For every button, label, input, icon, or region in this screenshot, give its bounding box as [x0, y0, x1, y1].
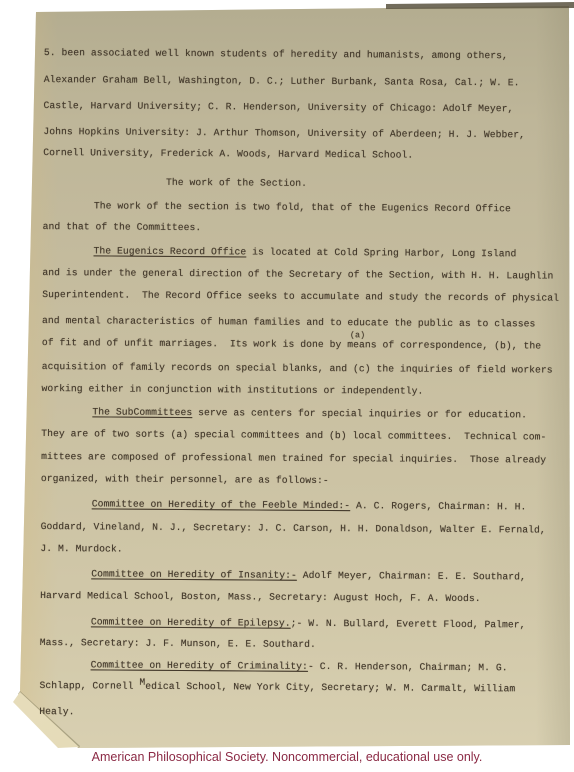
record-office-heading-line: The Eugenics Record Office is located at… [93, 245, 516, 260]
text-line: Schlapp, Cornell Medical School, New Yor… [39, 680, 515, 695]
text-line: J. M. Murdock. [40, 543, 122, 556]
text-line: Cornell University, Frederick A. Woods, … [43, 147, 413, 162]
text-line: Castle, Harvard University; C. R. Hender… [43, 100, 513, 115]
text-line: Healy. [39, 706, 74, 718]
text-line: They are of two sorts (a) special commit… [41, 428, 546, 444]
text-line: organized, with their personnel, are as … [41, 473, 329, 487]
scanned-document-view: 5. been associated well known students o… [0, 0, 574, 772]
text-line: mittees are composed of professional men… [41, 451, 546, 467]
text-line: Mass., Secretary: J. F. Munson, E. E. So… [40, 637, 316, 651]
committee-line: Committee on Heredity of Epilepsy.;- W. … [91, 616, 526, 631]
text-line: Johns Hopkins University: J. Arthur Thom… [43, 126, 525, 141]
subcommittees-heading-line: The SubCommittees serve as centers for s… [92, 406, 527, 421]
text-line: and mental characteristics of human fami… [42, 315, 535, 330]
committee-line: Committee on Heredity of Criminality:- C… [91, 659, 508, 674]
section-title: The work of the Section. [166, 177, 307, 190]
committee-line: Committee on Heredity of the Feeble Mind… [92, 498, 527, 513]
text-line: The work of the section is two fold, tha… [94, 200, 511, 215]
archive-credit: American Philosophical Society. Noncomme… [0, 750, 574, 764]
text-line: acquisition of family records on special… [42, 361, 553, 377]
text-line: working either in conjunction with insti… [42, 383, 424, 398]
text-line: and that of the Committees. [43, 221, 202, 234]
text-line: and is under the general direction of th… [42, 267, 553, 283]
text-line: Alexander Graham Bell, Washington, D. C.… [44, 74, 520, 89]
text-line: of fit and of unfit marriages. Its work … [42, 337, 541, 352]
text-line: 5. been associated well known students o… [44, 47, 508, 62]
text-line: Harvard Medical School, Boston, Mass., S… [40, 590, 481, 605]
text-line: Goddard, Vineland, N. J., Secretary: J. … [41, 521, 546, 537]
text-line: Superintendent. The Record Office seeks … [42, 289, 559, 305]
document-text: 5. been associated well known students o… [0, 0, 574, 772]
committee-line: Committee on Heredity of Insanity:- Adol… [91, 568, 526, 583]
